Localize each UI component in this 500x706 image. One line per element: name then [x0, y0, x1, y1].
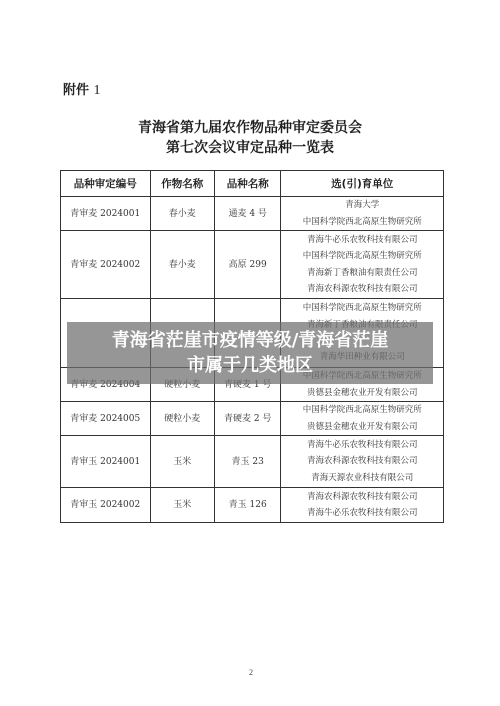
cell-crop: 玉米: [150, 436, 214, 488]
cell-institutions: 中国科学院西北高原生物研究所 贵德县金穗农业开发有限公司: [281, 402, 444, 436]
cell-institutions: 青海牛必乐农牧科技有限公司 中国科学院西北高原生物研究所 青海新丁香粮油有限责任…: [281, 231, 444, 299]
column-header-institution: 选(引)育单位: [281, 171, 444, 197]
institution: 青海农科源农牧科技有限公司: [281, 489, 443, 506]
institution: 中国科学院西北高原生物研究所: [281, 300, 443, 317]
table-row: 青审玉 2024002 玉米 青玉 126 青海农科源农牧科技有限公司 青海牛必…: [61, 488, 444, 523]
institution: 青海牛必乐农牧科技有限公司: [281, 437, 443, 454]
cell-variety: 青硬麦 2 号: [214, 402, 281, 436]
cell-crop: 玉米: [150, 488, 214, 523]
table-row: 青审麦 2024005 硬粒小麦 青硬麦 2 号 中国科学院西北高原生物研究所 …: [61, 402, 444, 436]
cell-code: 青审玉 2024002: [61, 488, 151, 523]
institution: 青海牛必乐农牧科技有限公司: [281, 505, 443, 522]
institution: 青海新丁香粮油有限责任公司: [281, 265, 443, 282]
institution: 中国科学院西北高原生物研究所: [281, 248, 443, 265]
headline-overlay: 青海省茫崖市疫情等级/青海省茫崖 市属于几类地区: [67, 322, 433, 378]
institution: 贵德县金穗农业开发有限公司: [281, 419, 443, 436]
document-title-line2: 第七次会议审定品种一览表: [0, 137, 500, 157]
cell-variety: 高原 299: [214, 231, 281, 299]
cell-institutions: 青海大学 中国科学院西北高原生物研究所: [281, 197, 444, 231]
cell-variety: 青玉 126: [214, 488, 281, 523]
cell-institutions: 青海农科源农牧科技有限公司 青海牛必乐农牧科技有限公司: [281, 488, 444, 523]
cell-code: 青审麦 2024002: [61, 231, 151, 299]
table-row: 青审麦 2024001 春小麦 通麦 4 号 青海大学 中国科学院西北高原生物研…: [61, 197, 444, 231]
headline-line2: 市属于几类地区: [67, 353, 433, 378]
page-number: 2: [249, 668, 253, 677]
cell-variety: 青玉 23: [214, 436, 281, 488]
institution: 中国科学院西北高原生物研究所: [281, 402, 443, 419]
cell-variety: 通麦 4 号: [214, 197, 281, 231]
document-title-line1: 青海省第九届农作物品种审定委员会: [0, 117, 500, 137]
headline-line1: 青海省茫崖市疫情等级/青海省茫崖: [67, 328, 433, 353]
table-header-row: 品种审定编号 作物名称 品种名称 选(引)育单位: [61, 171, 444, 197]
institution: 青海牛必乐农牧科技有限公司: [281, 232, 443, 249]
cell-code: 青审玉 2024001: [61, 436, 151, 488]
institution: 青海天源农业科技有限公司: [281, 470, 443, 487]
column-header-crop: 作物名称: [150, 171, 214, 197]
attachment-number: 1: [94, 83, 101, 98]
institution: 贵德县金穗农业开发有限公司: [281, 385, 443, 402]
cell-institutions: 青海牛必乐农牧科技有限公司 青海农科源农牧科技有限公司 青海天源农业科技有限公司: [281, 436, 444, 488]
cell-crop: 硬粒小麦: [150, 402, 214, 436]
institution: 青海农科源农牧科技有限公司: [281, 453, 443, 470]
cell-code: 青审麦 2024001: [61, 197, 151, 231]
table-row: 青审麦 2024002 春小麦 高原 299 青海牛必乐农牧科技有限公司 中国科…: [61, 231, 444, 299]
cell-crop: 春小麦: [150, 231, 214, 299]
attachment-text: 附件: [63, 83, 89, 98]
cell-code: 青审麦 2024005: [61, 402, 151, 436]
table-row: 青审玉 2024001 玉米 青玉 23 青海牛必乐农牧科技有限公司 青海农科源…: [61, 436, 444, 488]
institution: 中国科学院西北高原生物研究所: [281, 214, 443, 231]
cell-crop: 春小麦: [150, 197, 214, 231]
institution: 青海大学: [281, 197, 443, 214]
column-header-variety: 品种名称: [214, 171, 281, 197]
column-header-code: 品种审定编号: [61, 171, 151, 197]
attachment-label: 附件 1: [63, 79, 101, 99]
institution: 青海农科源农牧科技有限公司: [281, 281, 443, 298]
